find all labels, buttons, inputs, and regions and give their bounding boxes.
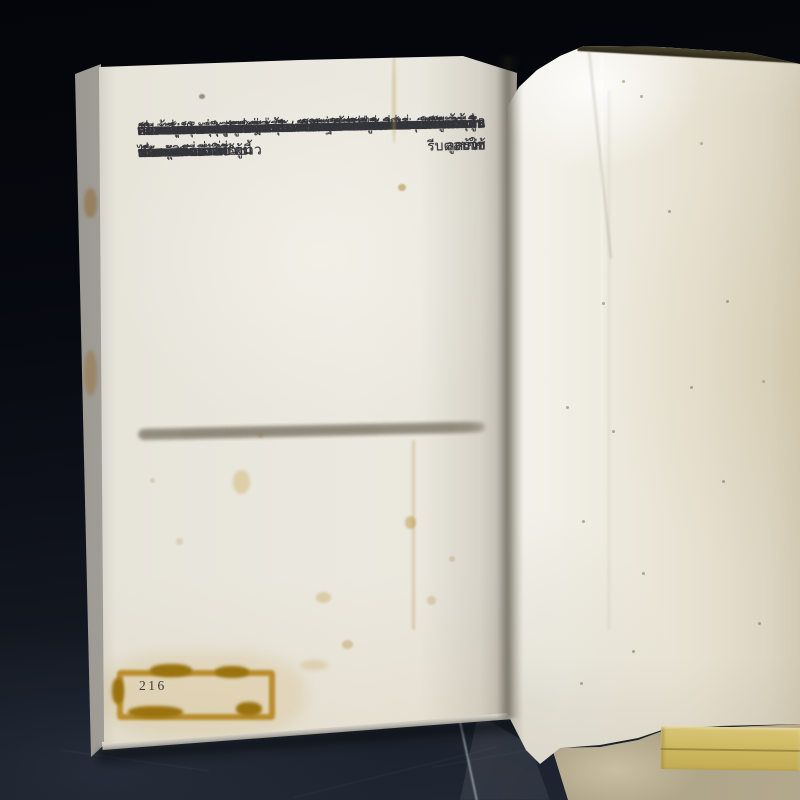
speck (668, 210, 671, 213)
speck (612, 430, 615, 433)
paper-stain (233, 470, 250, 494)
stain-blob (112, 678, 124, 704)
speck (690, 386, 693, 389)
body-text: เขา นี่เป็นเรื่องผิดกฎสวรรค์ ในฐานะที่เจ… (137, 113, 485, 121)
speck (700, 142, 703, 145)
speck (758, 622, 761, 625)
speck (566, 406, 569, 409)
spine-gutter-shadow (497, 56, 521, 718)
paper-stain (316, 592, 331, 603)
fore-edge-stain (84, 350, 97, 396)
paper-stain (199, 94, 205, 99)
ghost-text-line (139, 423, 457, 439)
speck (580, 682, 583, 685)
paper-stain (412, 440, 415, 630)
speck (762, 380, 765, 383)
stain-blob (215, 666, 249, 678)
speck (640, 95, 643, 98)
paper-stain (342, 640, 353, 649)
speck (726, 300, 729, 303)
photo-of-open-book: เขา นี่เป็นเรื่องผิดกฎสวรรค์ ในฐานะที่เจ… (0, 0, 800, 800)
paper-stain (392, 52, 396, 144)
speck (632, 650, 635, 653)
paper-stain (449, 556, 455, 562)
page-number: 216 (139, 678, 199, 694)
stain-blob (128, 706, 183, 718)
paper-stain (427, 596, 436, 605)
show-through-text (139, 422, 485, 430)
speck (622, 80, 625, 83)
paper-stain (405, 516, 416, 529)
speck (642, 572, 645, 575)
paper-stain (150, 478, 155, 483)
stain-blob (236, 702, 262, 716)
paper-stain (258, 433, 263, 438)
fore-edge-stain (84, 188, 97, 218)
speck (602, 302, 605, 305)
tape-crease-line (661, 748, 800, 752)
stain-blob (150, 664, 192, 677)
speck (582, 520, 585, 523)
paper-stain (176, 538, 183, 545)
plastic-crease (608, 90, 610, 630)
tape-strip (660, 726, 800, 771)
speck (722, 480, 725, 483)
paper-stain (300, 660, 328, 670)
plastic-crease (601, 56, 603, 666)
paper-stain (398, 184, 406, 191)
